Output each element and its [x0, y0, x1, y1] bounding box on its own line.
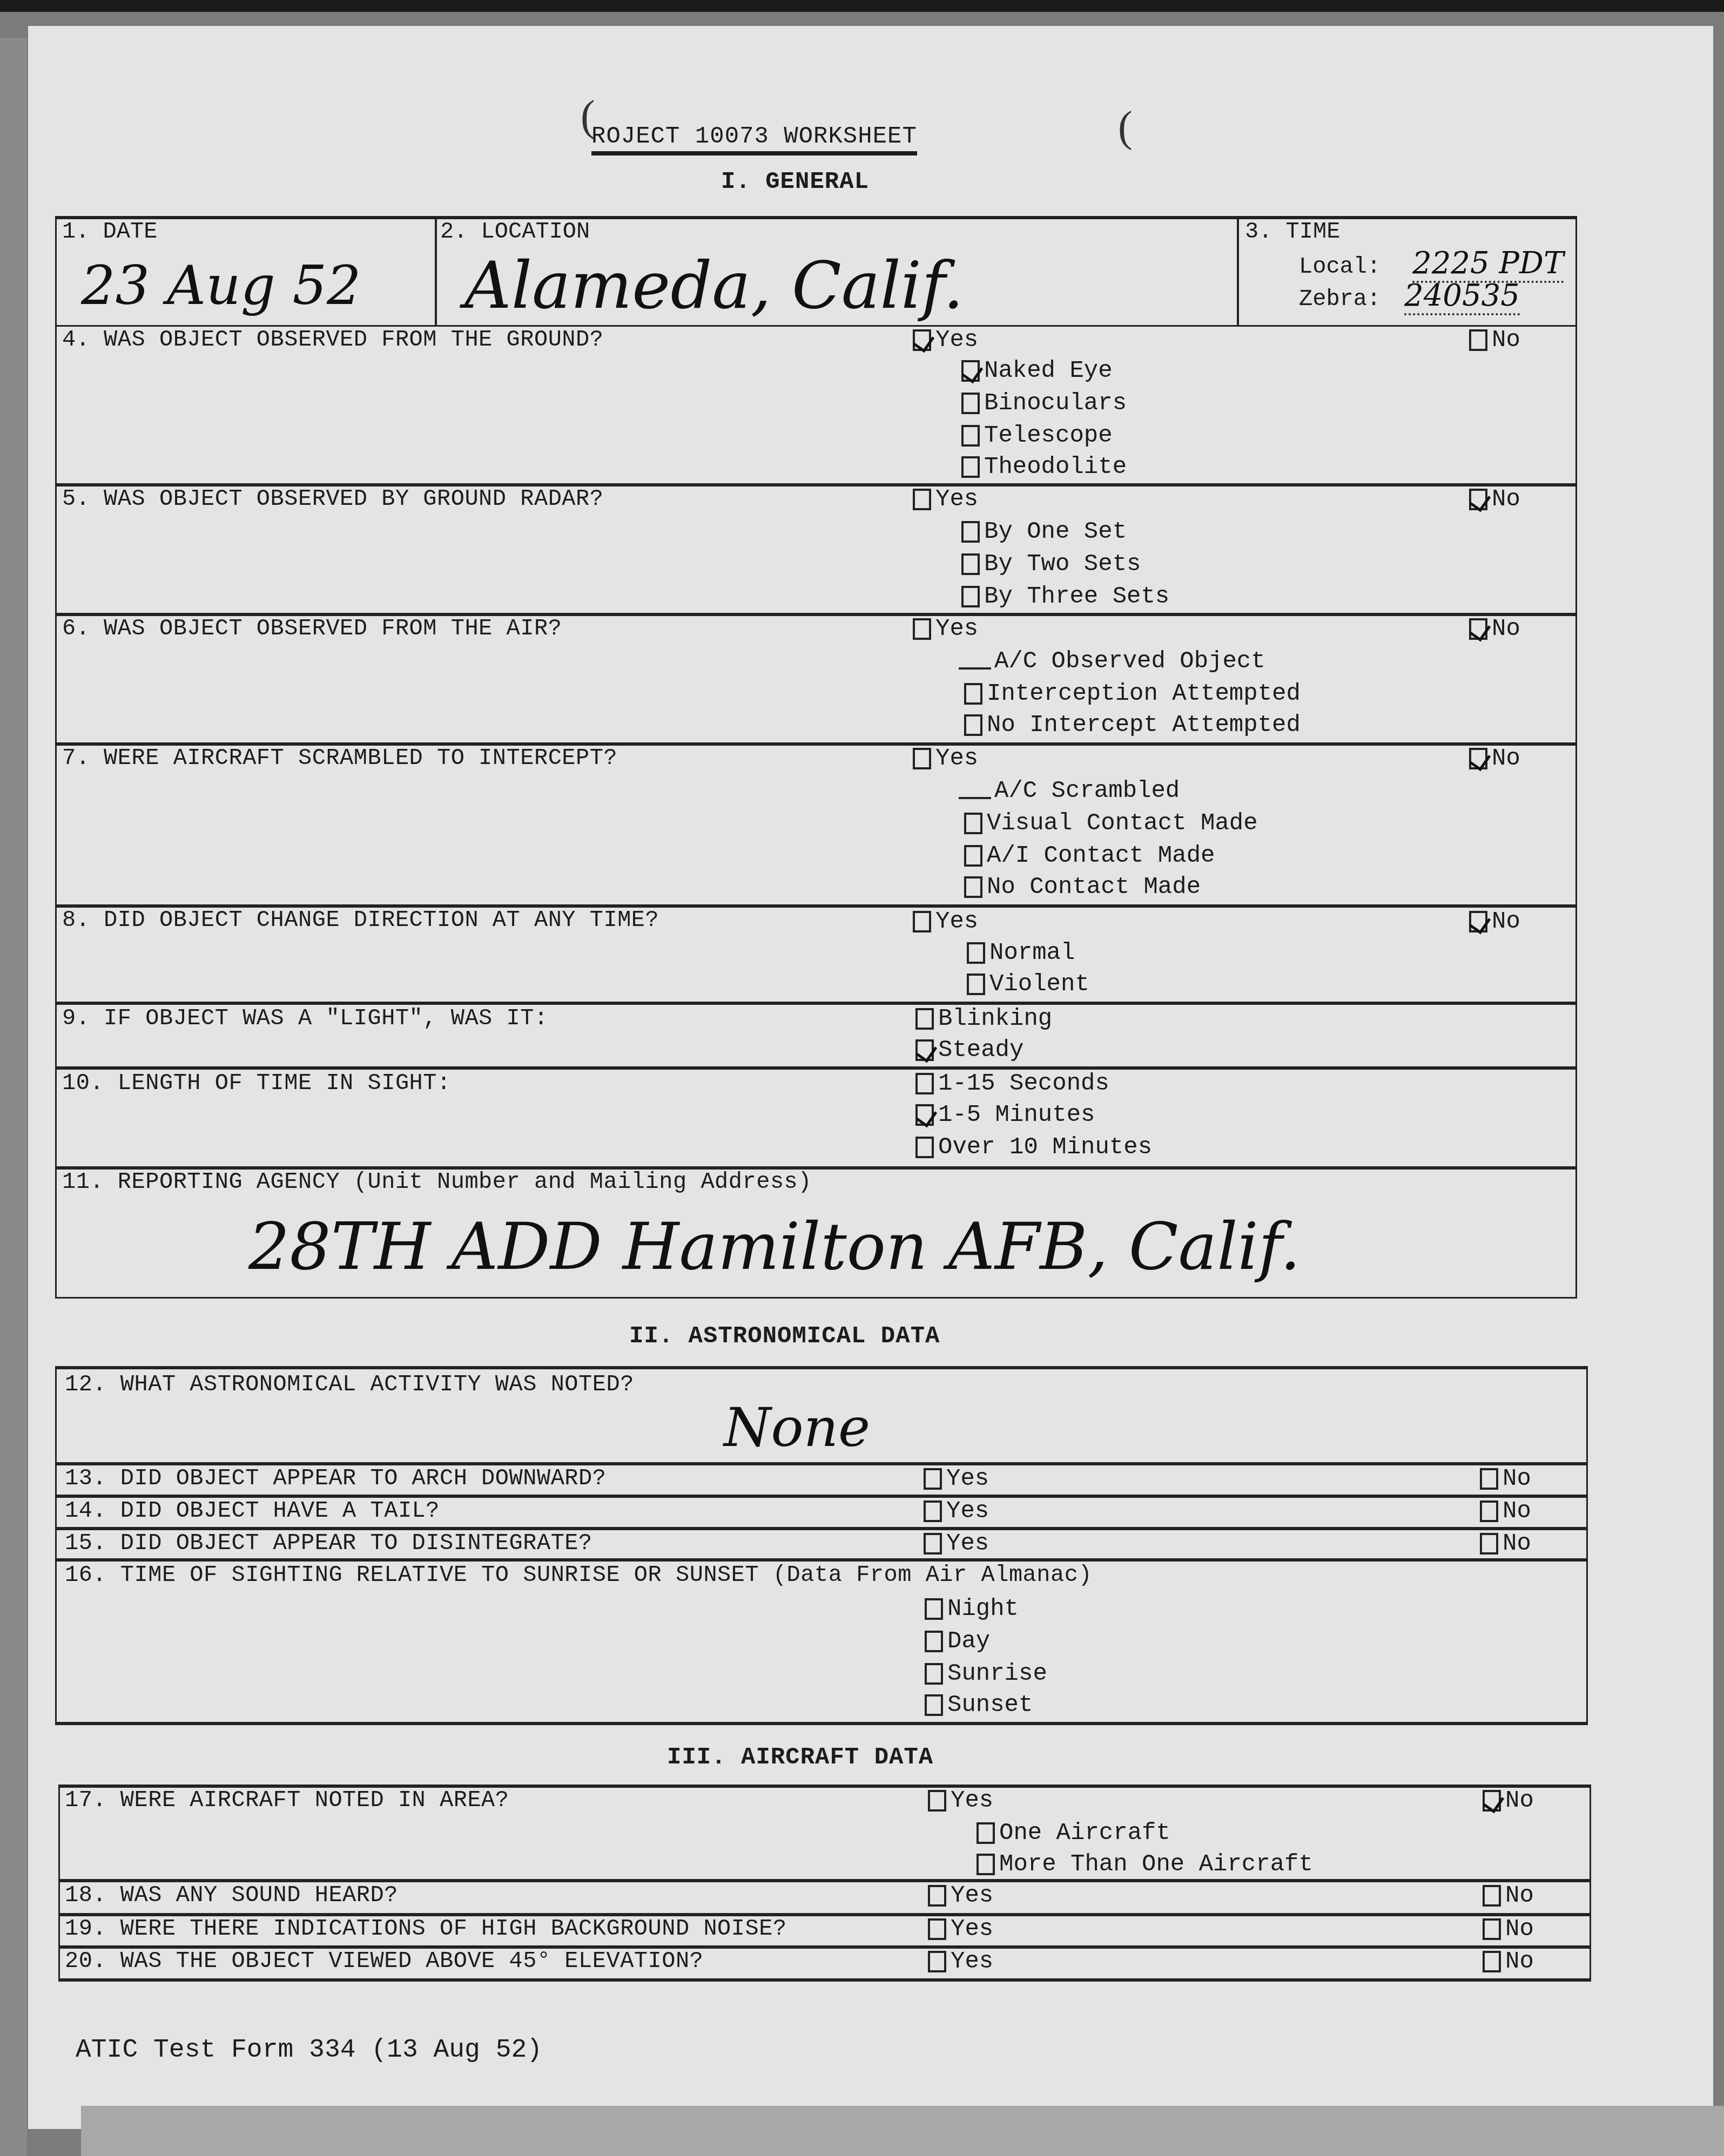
- checkbox-icon[interactable]: [1483, 1951, 1501, 1972]
- checkbox-checked-icon[interactable]: [1469, 748, 1487, 769]
- question-8-violent[interactable]: Violent: [967, 971, 1089, 998]
- checkbox-checked-icon[interactable]: [961, 360, 980, 382]
- checkbox-icon[interactable]: [913, 618, 931, 640]
- question-4-binoculars[interactable]: Binoculars: [961, 390, 1127, 417]
- question-11-label: 11. REPORTING AGENCY (Unit Number and Ma…: [62, 1169, 812, 1195]
- question-10-minutes[interactable]: 1-5 Minutes: [915, 1101, 1095, 1128]
- checkbox-icon[interactable]: [1480, 1533, 1498, 1555]
- form-footer: ATIC Test Form 334 (13 Aug 52): [76, 2036, 542, 2065]
- question-19-yes[interactable]: Yes: [928, 1916, 993, 1943]
- checkbox-icon[interactable]: [961, 425, 980, 447]
- question-17-one-aircraft[interactable]: One Aircraft: [977, 1820, 1170, 1847]
- checkbox-icon[interactable]: [913, 911, 931, 932]
- question-5-three-sets[interactable]: By Three Sets: [961, 583, 1169, 610]
- checkbox-icon[interactable]: [928, 1790, 946, 1812]
- question-14-no[interactable]: No: [1480, 1498, 1531, 1525]
- question-7-visual-contact[interactable]: Visual Contact Made: [964, 810, 1258, 837]
- checkbox-checked-icon[interactable]: [915, 1104, 934, 1126]
- question-19-label: 19. WERE THERE INDICATIONS OF HIGH BACKG…: [65, 1916, 787, 1942]
- question-17-no[interactable]: No: [1483, 1787, 1534, 1814]
- checkbox-icon[interactable]: [915, 1008, 934, 1030]
- checkbox-checked-icon[interactable]: [1469, 489, 1487, 510]
- checkbox-icon[interactable]: [925, 1598, 943, 1620]
- checkbox-icon[interactable]: [961, 456, 980, 478]
- checkbox-icon[interactable]: [964, 813, 982, 834]
- question-9-steady[interactable]: Steady: [915, 1037, 1023, 1064]
- blank-line-field[interactable]: [959, 653, 991, 670]
- question-16-day[interactable]: Day: [925, 1628, 990, 1655]
- checkbox-icon[interactable]: [928, 1885, 946, 1907]
- checkbox-icon[interactable]: [925, 1663, 943, 1685]
- question-16-label: 16. TIME OF SIGHTING RELATIVE TO SUNRISE…: [65, 1562, 1092, 1588]
- question-18-no[interactable]: No: [1483, 1882, 1534, 1909]
- question-12-label: 12. WHAT ASTRONOMICAL ACTIVITY WAS NOTED…: [65, 1371, 634, 1397]
- question-7-ac-scrambled[interactable]: A/C Scrambled: [959, 778, 1180, 805]
- checkbox-icon[interactable]: [967, 942, 985, 964]
- checkbox-icon[interactable]: [977, 1822, 995, 1844]
- question-5-no[interactable]: No: [1469, 486, 1520, 513]
- section-heading-aircraft: III. AIRCRAFT DATA: [667, 1744, 933, 1771]
- question-5-two-sets[interactable]: By Two Sets: [961, 551, 1141, 578]
- question-6-no[interactable]: No: [1469, 616, 1520, 643]
- general-questions-box: [55, 327, 1577, 1299]
- stray-paren-mark: (: [1118, 103, 1133, 152]
- reporting-agency-value[interactable]: 28TH ADD Hamilton AFB, Calif.: [248, 1209, 1301, 1285]
- question-4-telescope[interactable]: Telescope: [961, 422, 1113, 449]
- question-18-yes[interactable]: Yes: [928, 1882, 993, 1909]
- question-5-one-set[interactable]: By One Set: [961, 518, 1127, 545]
- time-zebra-value[interactable]: 240535: [1404, 278, 1520, 315]
- question-10-seconds[interactable]: 1-15 Seconds: [915, 1070, 1109, 1097]
- question-9-blinking[interactable]: Blinking: [915, 1005, 1052, 1032]
- question-17-yes[interactable]: Yes: [928, 1787, 993, 1814]
- question-5-label: 5. WAS OBJECT OBSERVED BY GROUND RADAR?: [62, 486, 603, 512]
- location-value[interactable]: Alameda, Calif.: [464, 248, 964, 323]
- time-local-value[interactable]: 2225 PDT: [1412, 246, 1564, 283]
- question-6-yes[interactable]: Yes: [913, 616, 978, 643]
- question-8-yes[interactable]: Yes: [913, 908, 978, 935]
- question-10-label: 10. LENGTH OF TIME IN SIGHT:: [62, 1070, 451, 1096]
- section-heading-astronomical: II. ASTRONOMICAL DATA: [629, 1323, 940, 1350]
- question-7-no-contact[interactable]: No Contact Made: [964, 874, 1201, 901]
- date-label: 1. DATE: [62, 219, 157, 245]
- checkbox-checked-icon[interactable]: [913, 329, 931, 351]
- location-label: 2. LOCATION: [440, 219, 590, 245]
- question-10-over-10-minutes[interactable]: Over 10 Minutes: [915, 1134, 1152, 1161]
- page-title: ROJECT 10073 WORKSHEET: [591, 123, 917, 156]
- question-6-interception-attempted[interactable]: Interception Attempted: [964, 680, 1301, 707]
- checkbox-icon[interactable]: [961, 393, 980, 414]
- question-4-naked-eye[interactable]: Naked Eye: [961, 357, 1113, 384]
- question-5-yes[interactable]: Yes: [913, 486, 978, 513]
- question-19-no[interactable]: No: [1483, 1916, 1534, 1943]
- question-15-label: 15. DID OBJECT APPEAR TO DISINTEGRATE?: [65, 1530, 592, 1556]
- checkbox-icon[interactable]: [915, 1073, 934, 1094]
- checkbox-icon[interactable]: [977, 1854, 995, 1875]
- scan-bottom-edge: [81, 2106, 1724, 2156]
- question-8-no[interactable]: No: [1469, 908, 1520, 935]
- question-15-no[interactable]: No: [1480, 1530, 1531, 1557]
- question-4-no[interactable]: No: [1469, 327, 1520, 354]
- checkbox-icon[interactable]: [964, 683, 982, 705]
- question-16-sunset[interactable]: Sunset: [925, 1692, 1033, 1719]
- checkbox-icon[interactable]: [967, 974, 985, 995]
- question-15-yes[interactable]: Yes: [924, 1530, 989, 1557]
- checkbox-checked-icon[interactable]: [1469, 618, 1487, 640]
- question-7-ai-contact[interactable]: A/I Contact Made: [964, 842, 1215, 869]
- question-20-label: 20. WAS THE OBJECT VIEWED ABOVE 45° ELEV…: [65, 1948, 703, 1974]
- question-14-yes[interactable]: Yes: [924, 1498, 989, 1525]
- checkbox-icon[interactable]: [1480, 1468, 1498, 1490]
- question-13-yes[interactable]: Yes: [924, 1465, 989, 1492]
- question-16-sunrise[interactable]: Sunrise: [925, 1660, 1047, 1687]
- question-4-theodolite[interactable]: Theodolite: [961, 454, 1127, 481]
- checkbox-icon[interactable]: [961, 553, 980, 575]
- question-7-no[interactable]: No: [1469, 745, 1520, 772]
- checkbox-icon[interactable]: [964, 845, 982, 867]
- question-13-label: 13. DID OBJECT APPEAR TO ARCH DOWNWARD?: [65, 1465, 606, 1491]
- checkbox-icon[interactable]: [1483, 1885, 1501, 1907]
- time-label: 3. TIME: [1245, 219, 1340, 245]
- astronomical-activity-value[interactable]: None: [724, 1396, 870, 1459]
- checkbox-checked-icon[interactable]: [915, 1039, 934, 1061]
- question-20-yes[interactable]: Yes: [928, 1948, 993, 1975]
- section-heading-general: I. GENERAL: [721, 168, 869, 195]
- checkbox-icon[interactable]: [913, 489, 931, 510]
- question-4-label: 4. WAS OBJECT OBSERVED FROM THE GROUND?: [62, 327, 603, 353]
- question-6-label: 6. WAS OBJECT OBSERVED FROM THE AIR?: [62, 616, 562, 641]
- checkbox-icon[interactable]: [924, 1468, 942, 1490]
- checkbox-icon[interactable]: [915, 1137, 934, 1158]
- checkbox-icon[interactable]: [1483, 1918, 1501, 1940]
- question-8-normal[interactable]: Normal: [967, 940, 1075, 967]
- checkbox-checked-icon[interactable]: [1469, 911, 1487, 932]
- question-17-label: 17. WERE AIRCRAFT NOTED IN AREA?: [65, 1787, 509, 1813]
- question-9-label: 9. IF OBJECT WAS A "LIGHT", WAS IT:: [62, 1005, 548, 1031]
- checkbox-icon[interactable]: [961, 521, 980, 543]
- checkbox-icon[interactable]: [913, 748, 931, 769]
- checkbox-icon[interactable]: [925, 1694, 943, 1716]
- question-6-ac-observed[interactable]: A/C Observed Object: [959, 648, 1265, 675]
- checkbox-icon[interactable]: [1480, 1501, 1498, 1522]
- question-17-more-than-one[interactable]: More Than One Aircraft: [977, 1851, 1313, 1878]
- question-14-label: 14. DID OBJECT HAVE A TAIL?: [65, 1498, 440, 1524]
- question-7-yes[interactable]: Yes: [913, 745, 978, 772]
- checkbox-icon[interactable]: [928, 1951, 946, 1972]
- checkbox-icon[interactable]: [964, 714, 982, 736]
- question-4-yes[interactable]: Yes: [913, 327, 978, 354]
- question-20-no[interactable]: No: [1483, 1948, 1534, 1975]
- checkbox-icon[interactable]: [1469, 329, 1487, 351]
- checkbox-icon[interactable]: [924, 1533, 942, 1555]
- question-13-no[interactable]: No: [1480, 1465, 1531, 1492]
- question-8-label: 8. DID OBJECT CHANGE DIRECTION AT ANY TI…: [62, 907, 659, 933]
- question-7-label: 7. WERE AIRCRAFT SCRAMBLED TO INTERCEPT?: [62, 745, 617, 771]
- time-zebra-label: Zebra:: [1299, 286, 1380, 312]
- question-18-label: 18. WAS ANY SOUND HEARD?: [65, 1882, 398, 1908]
- date-value[interactable]: 23 Aug 52: [81, 254, 361, 317]
- blank-line-field[interactable]: [959, 783, 991, 799]
- question-6-no-intercept[interactable]: No Intercept Attempted: [964, 712, 1301, 739]
- checkbox-checked-icon[interactable]: [1483, 1790, 1501, 1812]
- checkbox-icon[interactable]: [924, 1501, 942, 1522]
- checkbox-icon[interactable]: [961, 586, 980, 607]
- question-16-night[interactable]: Night: [925, 1596, 1019, 1623]
- checkbox-icon[interactable]: [928, 1918, 946, 1940]
- time-local-label: Local:: [1299, 254, 1380, 280]
- scan-left-edge: [0, 38, 27, 2156]
- checkbox-icon[interactable]: [964, 876, 982, 898]
- checkbox-icon[interactable]: [925, 1631, 943, 1652]
